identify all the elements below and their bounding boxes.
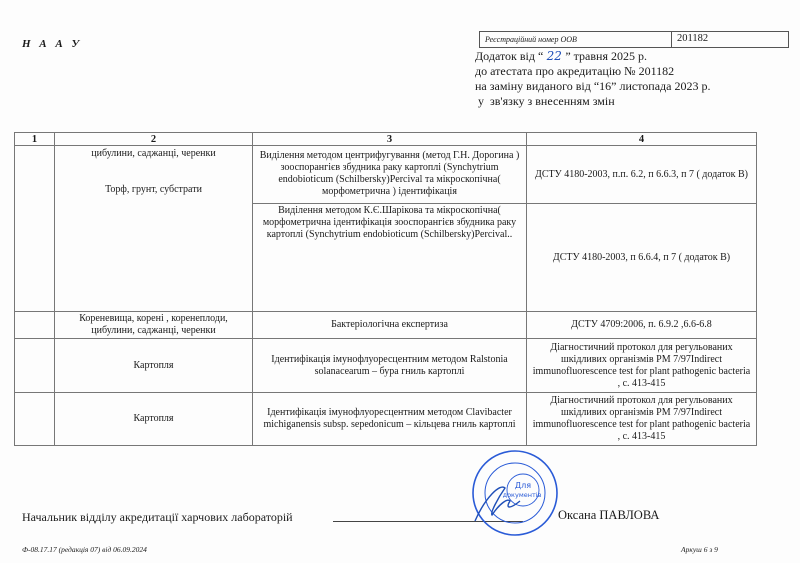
cell-c3: Ідентифікація імунофлуоресцентним методо… xyxy=(253,339,527,393)
organization-name: Н А А У xyxy=(22,38,82,50)
cell-c4: Діагностичний протокол для регульованих … xyxy=(527,393,757,446)
cell-c2: Картопля xyxy=(55,339,253,393)
table-row: Кореневища, корені , коренеплоди, цибули… xyxy=(15,312,757,339)
svg-text:документів: документів xyxy=(503,491,542,499)
official-stamp-icon: Для документів xyxy=(470,443,560,543)
registration-box: Реєстраційний номер ООВ 201182 xyxy=(479,31,789,48)
column-header: 2 xyxy=(55,133,253,146)
svg-text:Для: Для xyxy=(515,481,531,490)
form-code: Ф-08.17.17 (редакція 07) від 06.09.2024 xyxy=(22,545,147,554)
signatory-position: Начальник відділу акредитації харчових л… xyxy=(22,510,293,525)
replacement-line: на заміну виданого від “16” листопада 20… xyxy=(475,79,711,94)
cell-c1 xyxy=(15,312,55,339)
handwritten-day: 22 xyxy=(543,49,565,64)
cell-c2: цибулини, саджанці, черенки Торф, грунт,… xyxy=(55,146,253,312)
table-header-row: 1 2 3 4 xyxy=(15,133,757,146)
cell-c4: ДСТУ 4180-2003, п 6.6.4, п 7 ( додаток В… xyxy=(527,204,757,312)
annex-date-line: Додаток від “22” травня 2025 р. xyxy=(475,49,711,64)
cell-c3: Бактеріологічна експертиза xyxy=(253,312,527,339)
table-row: цибулини, саджанці, черенки Торф, грунт,… xyxy=(15,146,757,204)
column-header: 3 xyxy=(253,133,527,146)
accreditation-scope-table: 1 2 3 4 цибулини, саджанці, черенки Торф… xyxy=(14,132,757,446)
annex-header: Додаток від “22” травня 2025 р. до атест… xyxy=(475,49,711,109)
cell-c2: Картопля xyxy=(55,393,253,446)
certificate-line: до атестата про акредитацію № 201182 xyxy=(475,64,711,79)
cell-c2: Кореневища, корені , коренеплоди, цибули… xyxy=(55,312,253,339)
registration-label: Реєстраційний номер ООВ xyxy=(480,32,672,47)
cell-c4: ДСТУ 4709:2006, п. 6.9.2 ,6.6-6.8 xyxy=(527,312,757,339)
cell-c3: Виділення методом К.Є.Шарікова та мікрос… xyxy=(253,204,527,312)
cell-c4: ДСТУ 4180-2003, п.п. 6.2, п 6.6.3, п 7 (… xyxy=(527,146,757,204)
cell-c4: Діагностичний протокол для регульованих … xyxy=(527,339,757,393)
cell-c3: Ідентифікація імунофлуоресцентним методо… xyxy=(253,393,527,446)
table-row: Картопля Ідентифікація імунофлуоресцентн… xyxy=(15,339,757,393)
cell-c1 xyxy=(15,146,55,312)
cell-c1 xyxy=(15,393,55,446)
reason-line: у зв'язку з внесенням змін xyxy=(475,94,711,109)
registration-number: 201182 xyxy=(672,32,788,47)
signer-name: Оксана ПАВЛОВА xyxy=(558,508,659,523)
cell-c1 xyxy=(15,339,55,393)
sheet-number: Аркуш 6 з 9 xyxy=(681,545,718,554)
column-header: 1 xyxy=(15,133,55,146)
table-row: Картопля Ідентифікація імунофлуоресцентн… xyxy=(15,393,757,446)
cell-c3: Виділення методом центрифугування (метод… xyxy=(253,146,527,204)
column-header: 4 xyxy=(527,133,757,146)
